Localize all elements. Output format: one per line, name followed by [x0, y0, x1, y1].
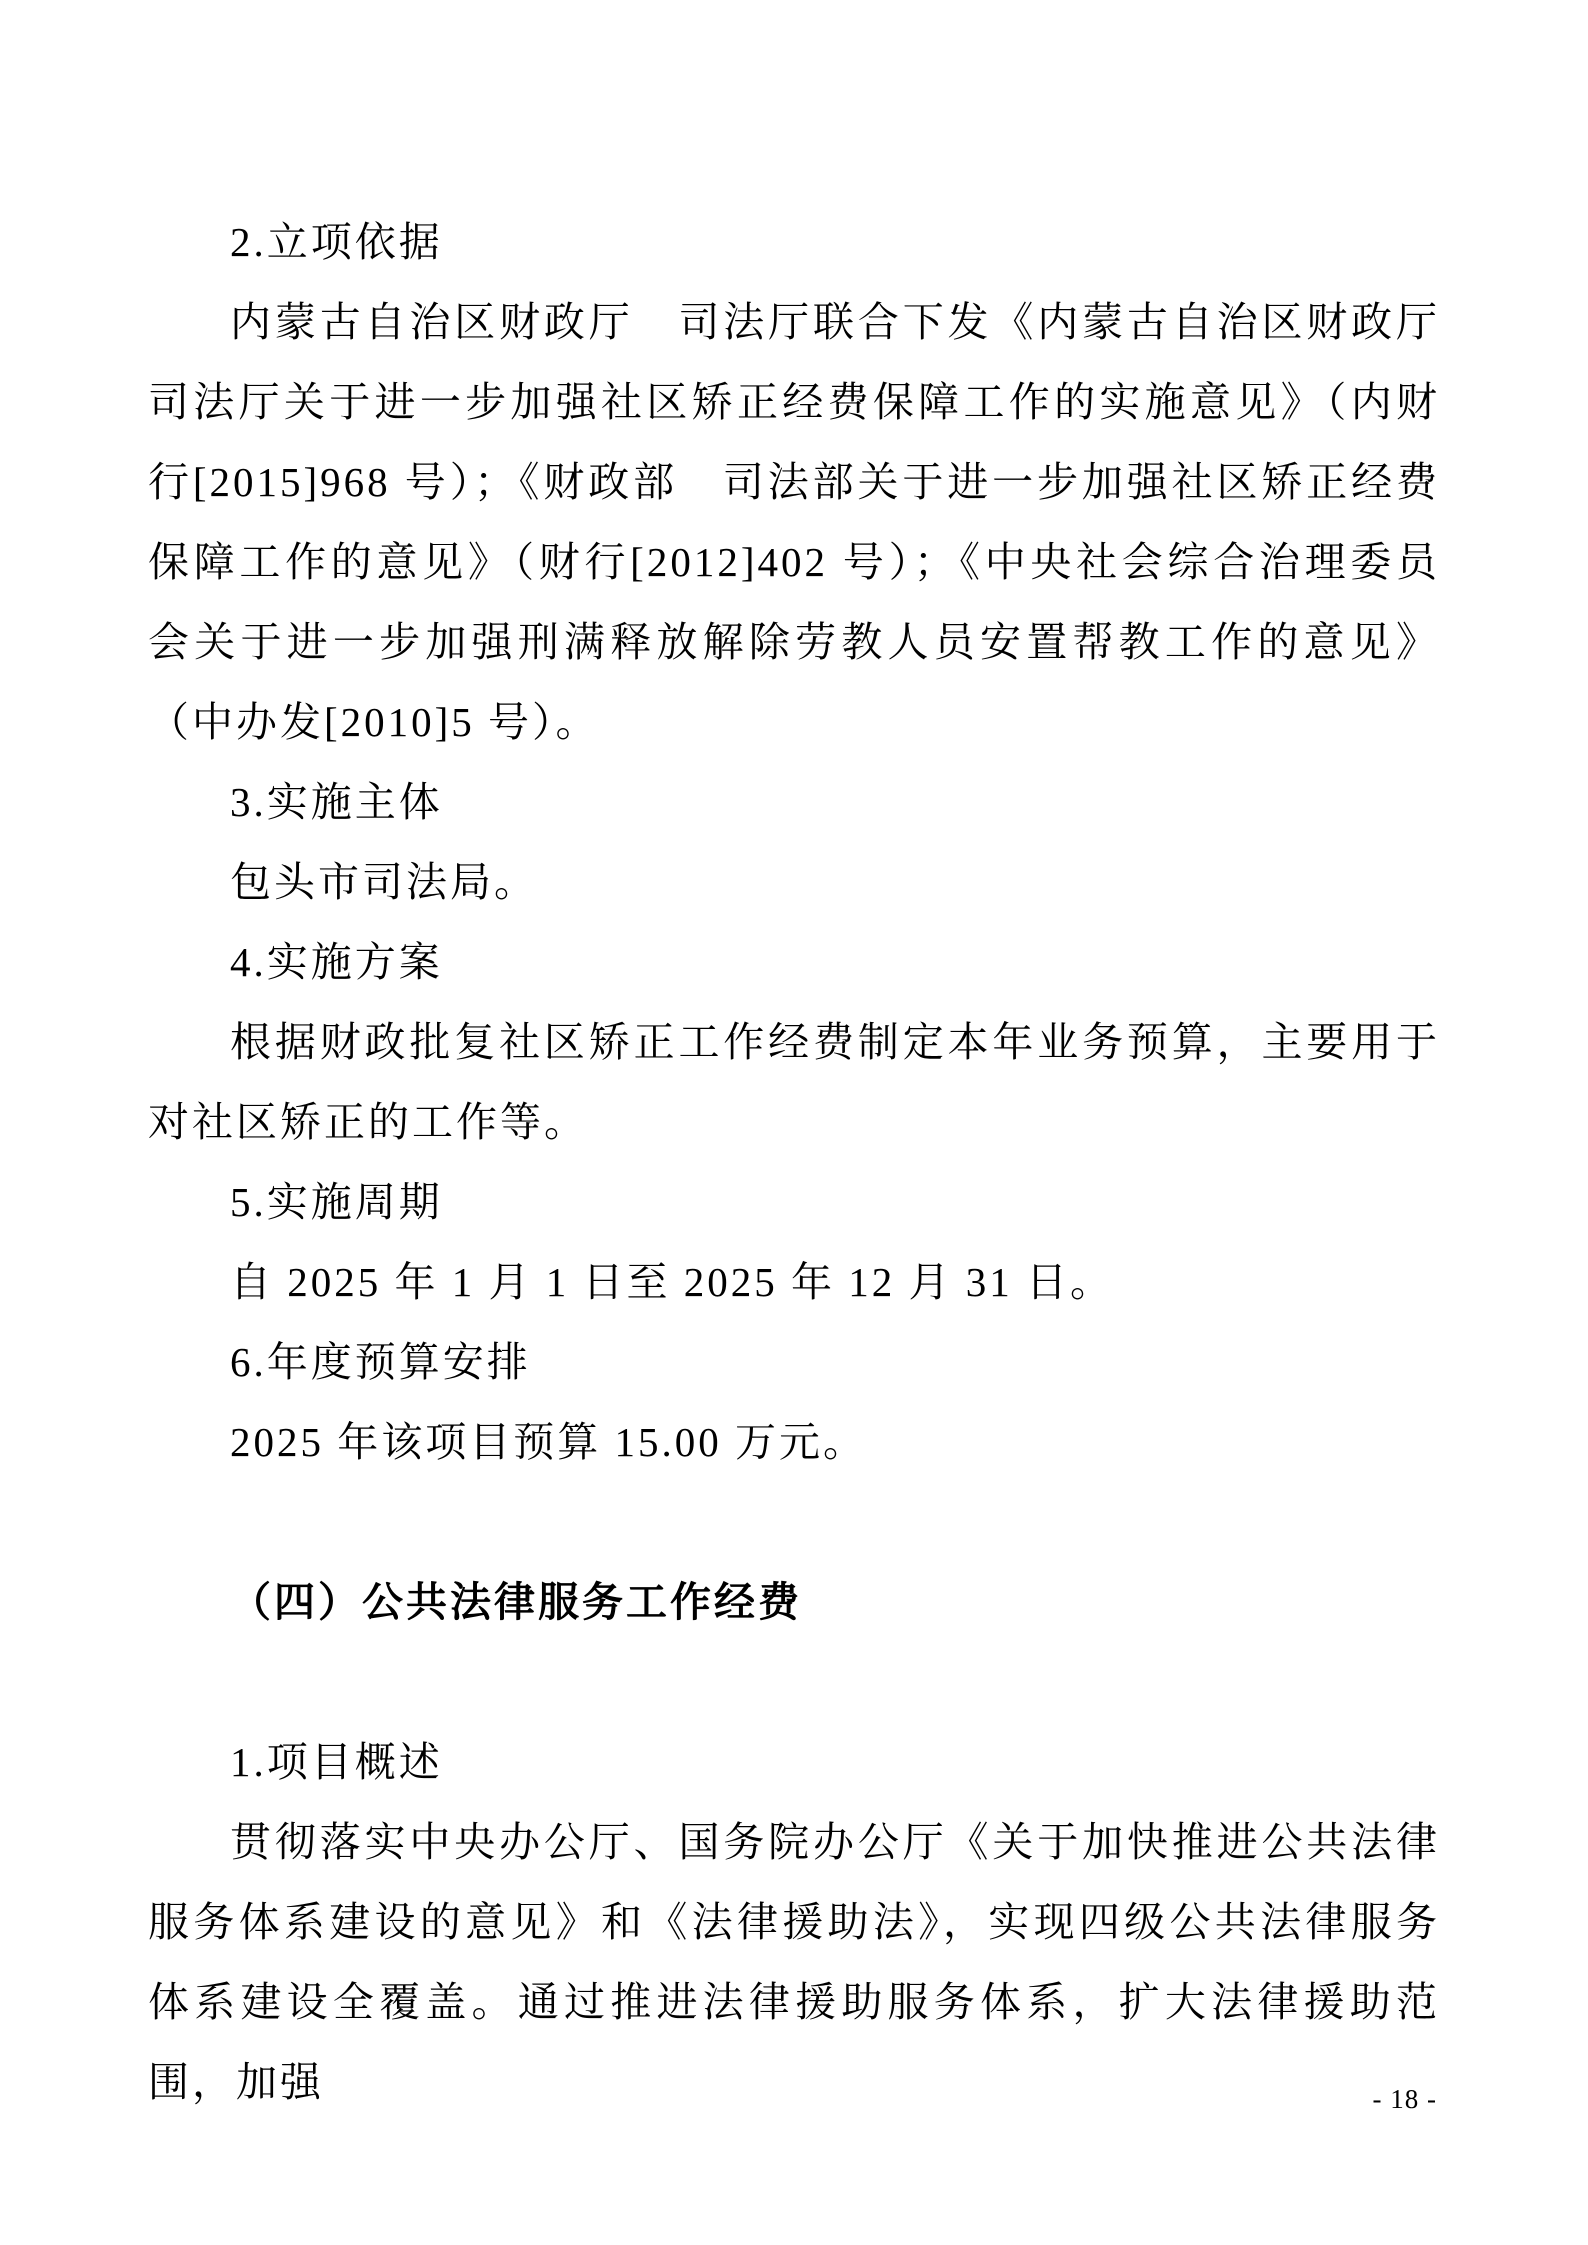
document-body: 2.立项依据 内蒙古自治区财政厅 司法厅联合下发《内蒙古自治区财政厅 司法厅关于… [148, 202, 1440, 2122]
heading-annual-budget: 6.年度预算安排 [148, 1322, 1440, 1402]
heading-implementation-period: 5.实施周期 [148, 1162, 1440, 1242]
heading-project-overview: 1.项目概述 [148, 1722, 1440, 1802]
document-page: 2.立项依据 内蒙古自治区财政厅 司法厅联合下发《内蒙古自治区财政厅 司法厅关于… [0, 0, 1588, 2245]
heading-project-basis: 2.立项依据 [148, 202, 1440, 282]
para-implementation-period: 自 2025 年 1 月 1 日至 2025 年 12 月 31 日。 [148, 1242, 1440, 1322]
page-number: - 18 - [1373, 2084, 1437, 2114]
heading-implementing-body: 3.实施主体 [148, 762, 1440, 842]
para-implementation-plan: 根据财政批复社区矫正工作经费制定本年业务预算，主要用于对社区矫正的工作等。 [148, 1002, 1440, 1162]
para-annual-budget: 2025 年该项目预算 15.00 万元。 [148, 1402, 1440, 1482]
para-implementing-body: 包头市司法局。 [148, 842, 1440, 922]
section-heading-public-legal-service: （四）公共法律服务工作经费 [148, 1562, 1440, 1642]
para-project-overview: 贯彻落实中央办公厅、国务院办公厅《关于加快推进公共法律服务体系建设的意见》和《法… [148, 1802, 1440, 2122]
para-project-basis: 内蒙古自治区财政厅 司法厅联合下发《内蒙古自治区财政厅 司法厅关于进一步加强社区… [148, 282, 1440, 762]
heading-implementation-plan: 4.实施方案 [148, 922, 1440, 1002]
